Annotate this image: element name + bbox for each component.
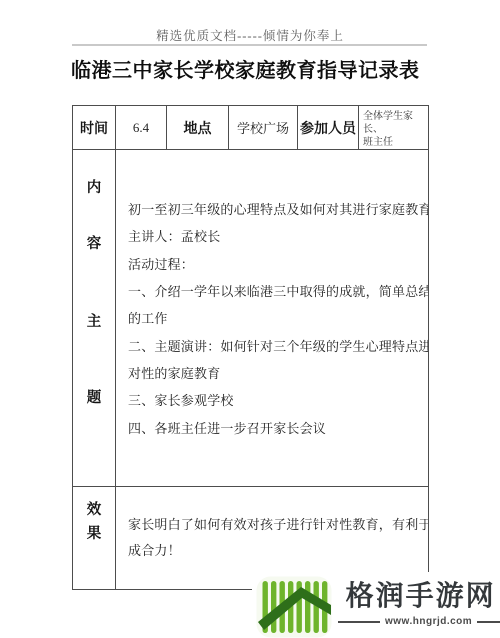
content-theme-label-char: 内: [87, 180, 102, 196]
participants-lines: 全体学生家长、班主任: [359, 106, 428, 149]
effect-label: 效果: [73, 487, 115, 589]
effect-line: 成合力！: [128, 538, 422, 565]
content-line: 初一至初三年级的心理特点及如何对其进行家庭教育: [128, 196, 422, 223]
content-theme-label-cell: 内容主题: [73, 150, 116, 487]
watermark: 格润手游网 www.hngrjd.com: [252, 572, 500, 638]
url-right-rule: [477, 621, 500, 623]
participants-line: 全体学生家长、: [363, 110, 425, 136]
watermark-text: 格润手游网 www.hngrjd.com: [338, 572, 500, 627]
table-header-row: 时间 6.4 地点 学校广场 参加人员 全体学生家长、班主任: [73, 106, 429, 150]
content-theme-label-char: 容: [87, 236, 102, 252]
content-line: 三、家长参观学校: [128, 387, 422, 414]
watermark-url-row: www.hngrjd.com: [338, 616, 500, 627]
effect-label-char: 效: [87, 502, 102, 518]
content-line: 对性的家庭教育: [128, 360, 422, 387]
watermark-brand: 格润手游网: [346, 580, 496, 612]
header-rule: [72, 44, 427, 46]
content-line: 主讲人：孟校长: [128, 223, 422, 250]
participants-line: 班主任: [363, 136, 425, 149]
content-theme-label: 内容主题: [73, 150, 115, 486]
content-line: 四、各班主任进一步召开家长会议: [128, 415, 422, 442]
content-theme-row: 内容主题 初一至初三年级的心理特点及如何对其进行家庭教育主讲人：孟校长活动过程：…: [73, 150, 429, 487]
effect-label-char: 果: [87, 526, 102, 542]
time-label-cell: 时间: [73, 106, 116, 150]
participants-label-cell: 参加人员: [298, 106, 359, 150]
content-line: 二、主题演讲：如何针对三个年级的学生心理特点进行有针: [128, 333, 422, 360]
time-value-cell: 6.4: [116, 106, 167, 150]
place-value-cell: 学校广场: [229, 106, 298, 150]
participants-value-cell: 全体学生家长、班主任: [359, 106, 429, 150]
content-cell: 初一至初三年级的心理特点及如何对其进行家庭教育主讲人：孟校长活动过程：一、介绍一…: [116, 150, 429, 487]
content-lines: 初一至初三年级的心理特点及如何对其进行家庭教育主讲人：孟校长活动过程：一、介绍一…: [116, 194, 428, 442]
place-label-cell: 地点: [167, 106, 229, 150]
document-page: 精选优质文档-----倾情为你奉上 临港三中家长学校家庭教育指导记录表 时间 6…: [0, 0, 500, 638]
content-theme-label-char: 主: [87, 314, 102, 330]
content-line: 活动过程：: [128, 251, 422, 278]
effect-line: 家长明白了如何有效对孩子进行针对性教育，有利于家校形: [128, 512, 422, 539]
page-title: 临港三中家长学校家庭教育指导记录表: [71, 54, 491, 83]
effect-label-cell: 效果: [73, 487, 116, 590]
header-tagline: 精选优质文档-----倾情为你奉上: [0, 26, 500, 44]
content-line: 一、介绍一学年以来临港三中取得的成就，简单总结一年来: [128, 278, 422, 305]
content-theme-label-char: 题: [87, 390, 102, 406]
watermark-logo-icon: [256, 576, 332, 638]
content-line: 的工作: [128, 305, 422, 332]
effect-lines: 家长明白了如何有效对孩子进行针对性教育，有利于家校形成合力！: [116, 512, 428, 565]
record-table: 时间 6.4 地点 学校广场 参加人员 全体学生家长、班主任 内容主题 初一至初…: [72, 105, 429, 590]
url-left-rule: [338, 621, 380, 623]
watermark-url: www.hngrjd.com: [385, 616, 472, 627]
